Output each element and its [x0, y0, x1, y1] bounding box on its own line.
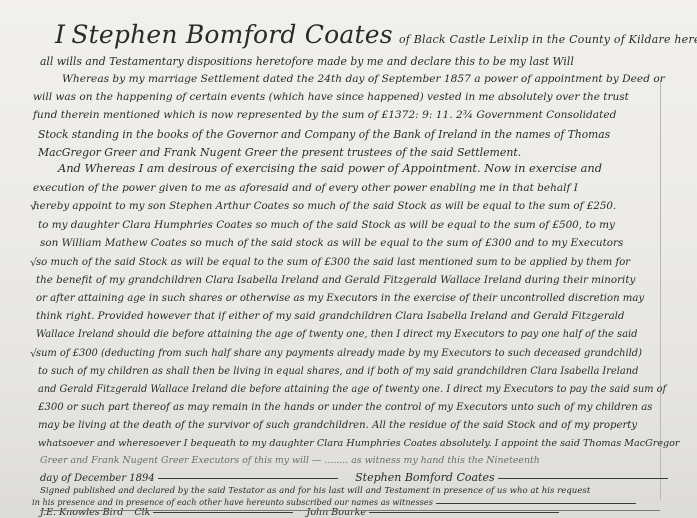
body-line-8: execution of the power given to me as af…: [33, 182, 578, 195]
body-line-1: all wills and Testamentary dispositions …: [40, 55, 574, 68]
body-line-19: and Gerald Fitzgerald Wallace Ireland di…: [38, 383, 666, 396]
body-line-5: Stock standing in the books of the Gover…: [38, 128, 610, 141]
body-line-6: MacGregor Greer and Frank Nugent Greer t…: [38, 146, 521, 159]
witness-line: J.E. Knowles Bird Clk John Bourke: [40, 506, 559, 518]
testator-name-heading: Stephen Bomford Coates: [71, 20, 392, 49]
body-line-3: will was on the happening of certain eve…: [33, 91, 629, 104]
body-line-22: whatsoever and wheresoever I bequeath to…: [38, 437, 680, 450]
body-line-21: may be living at the death of the surviv…: [38, 419, 637, 432]
date-rule: [158, 478, 338, 479]
body-line-18: to such of my children as shall then be …: [38, 365, 638, 378]
page-bottom-rule: [40, 510, 660, 511]
title-prefix: I: [55, 20, 65, 49]
body-line-7: And Whereas I am desirous of exercising …: [58, 162, 602, 175]
body-line-9: hereby appoint to my son Stephen Arthur …: [33, 200, 616, 213]
body-line-12: so much of the said Stock as will be equ…: [36, 256, 630, 269]
body-line-23: Greer and Frank Nugent Greer Executors o…: [40, 454, 540, 467]
will-opening-line: I Stephen Bomford Coates of Black Castle…: [55, 20, 697, 49]
body-line-16: Wallace Ireland should die before attain…: [36, 328, 637, 341]
body-line-13: the benefit of my grandchildren Clara Is…: [36, 274, 635, 287]
body-line-2: Whereas by my marriage Settlement dated …: [62, 73, 665, 86]
body-line-4: fund therein mentioned which is now repr…: [33, 109, 616, 122]
testator-signature: Stephen Bomford Coates: [355, 471, 494, 484]
witness-1-title: Clk: [134, 507, 150, 518]
margin-check-mark: √: [30, 200, 37, 213]
witness-1-name: J.E. Knowles Bird: [40, 507, 123, 518]
witness-2-name: John Bourke: [307, 507, 367, 518]
scanned-will-page: I Stephen Bomford Coates of Black Castle…: [0, 0, 697, 518]
witness-rule-2: [369, 512, 559, 513]
witness-rule-1: [153, 512, 293, 513]
margin-check-mark: √: [30, 347, 37, 360]
signature-rule: [498, 478, 668, 479]
title-suffix: of Black Castle Leixlip in the County of…: [399, 33, 697, 46]
body-line-15: think right. Provided however that if ei…: [36, 310, 624, 323]
attestation-rule: [436, 503, 636, 504]
margin-check-mark: √: [30, 256, 37, 269]
body-line-20: £300 or such part thereof as may remain …: [38, 401, 652, 414]
body-line-14: or after attaining age in such shares or…: [36, 292, 644, 305]
body-line-11: son William Mathew Coates so much of the…: [40, 237, 623, 250]
body-line-17: sum of £300 (deducting from such half sh…: [36, 347, 642, 360]
date-line: day of December 1894 Stephen Bomford Coa…: [40, 471, 668, 485]
will-date: day of December 1894: [40, 473, 155, 484]
body-line-10: to my daughter Clara Humphries Coates so…: [38, 219, 615, 232]
